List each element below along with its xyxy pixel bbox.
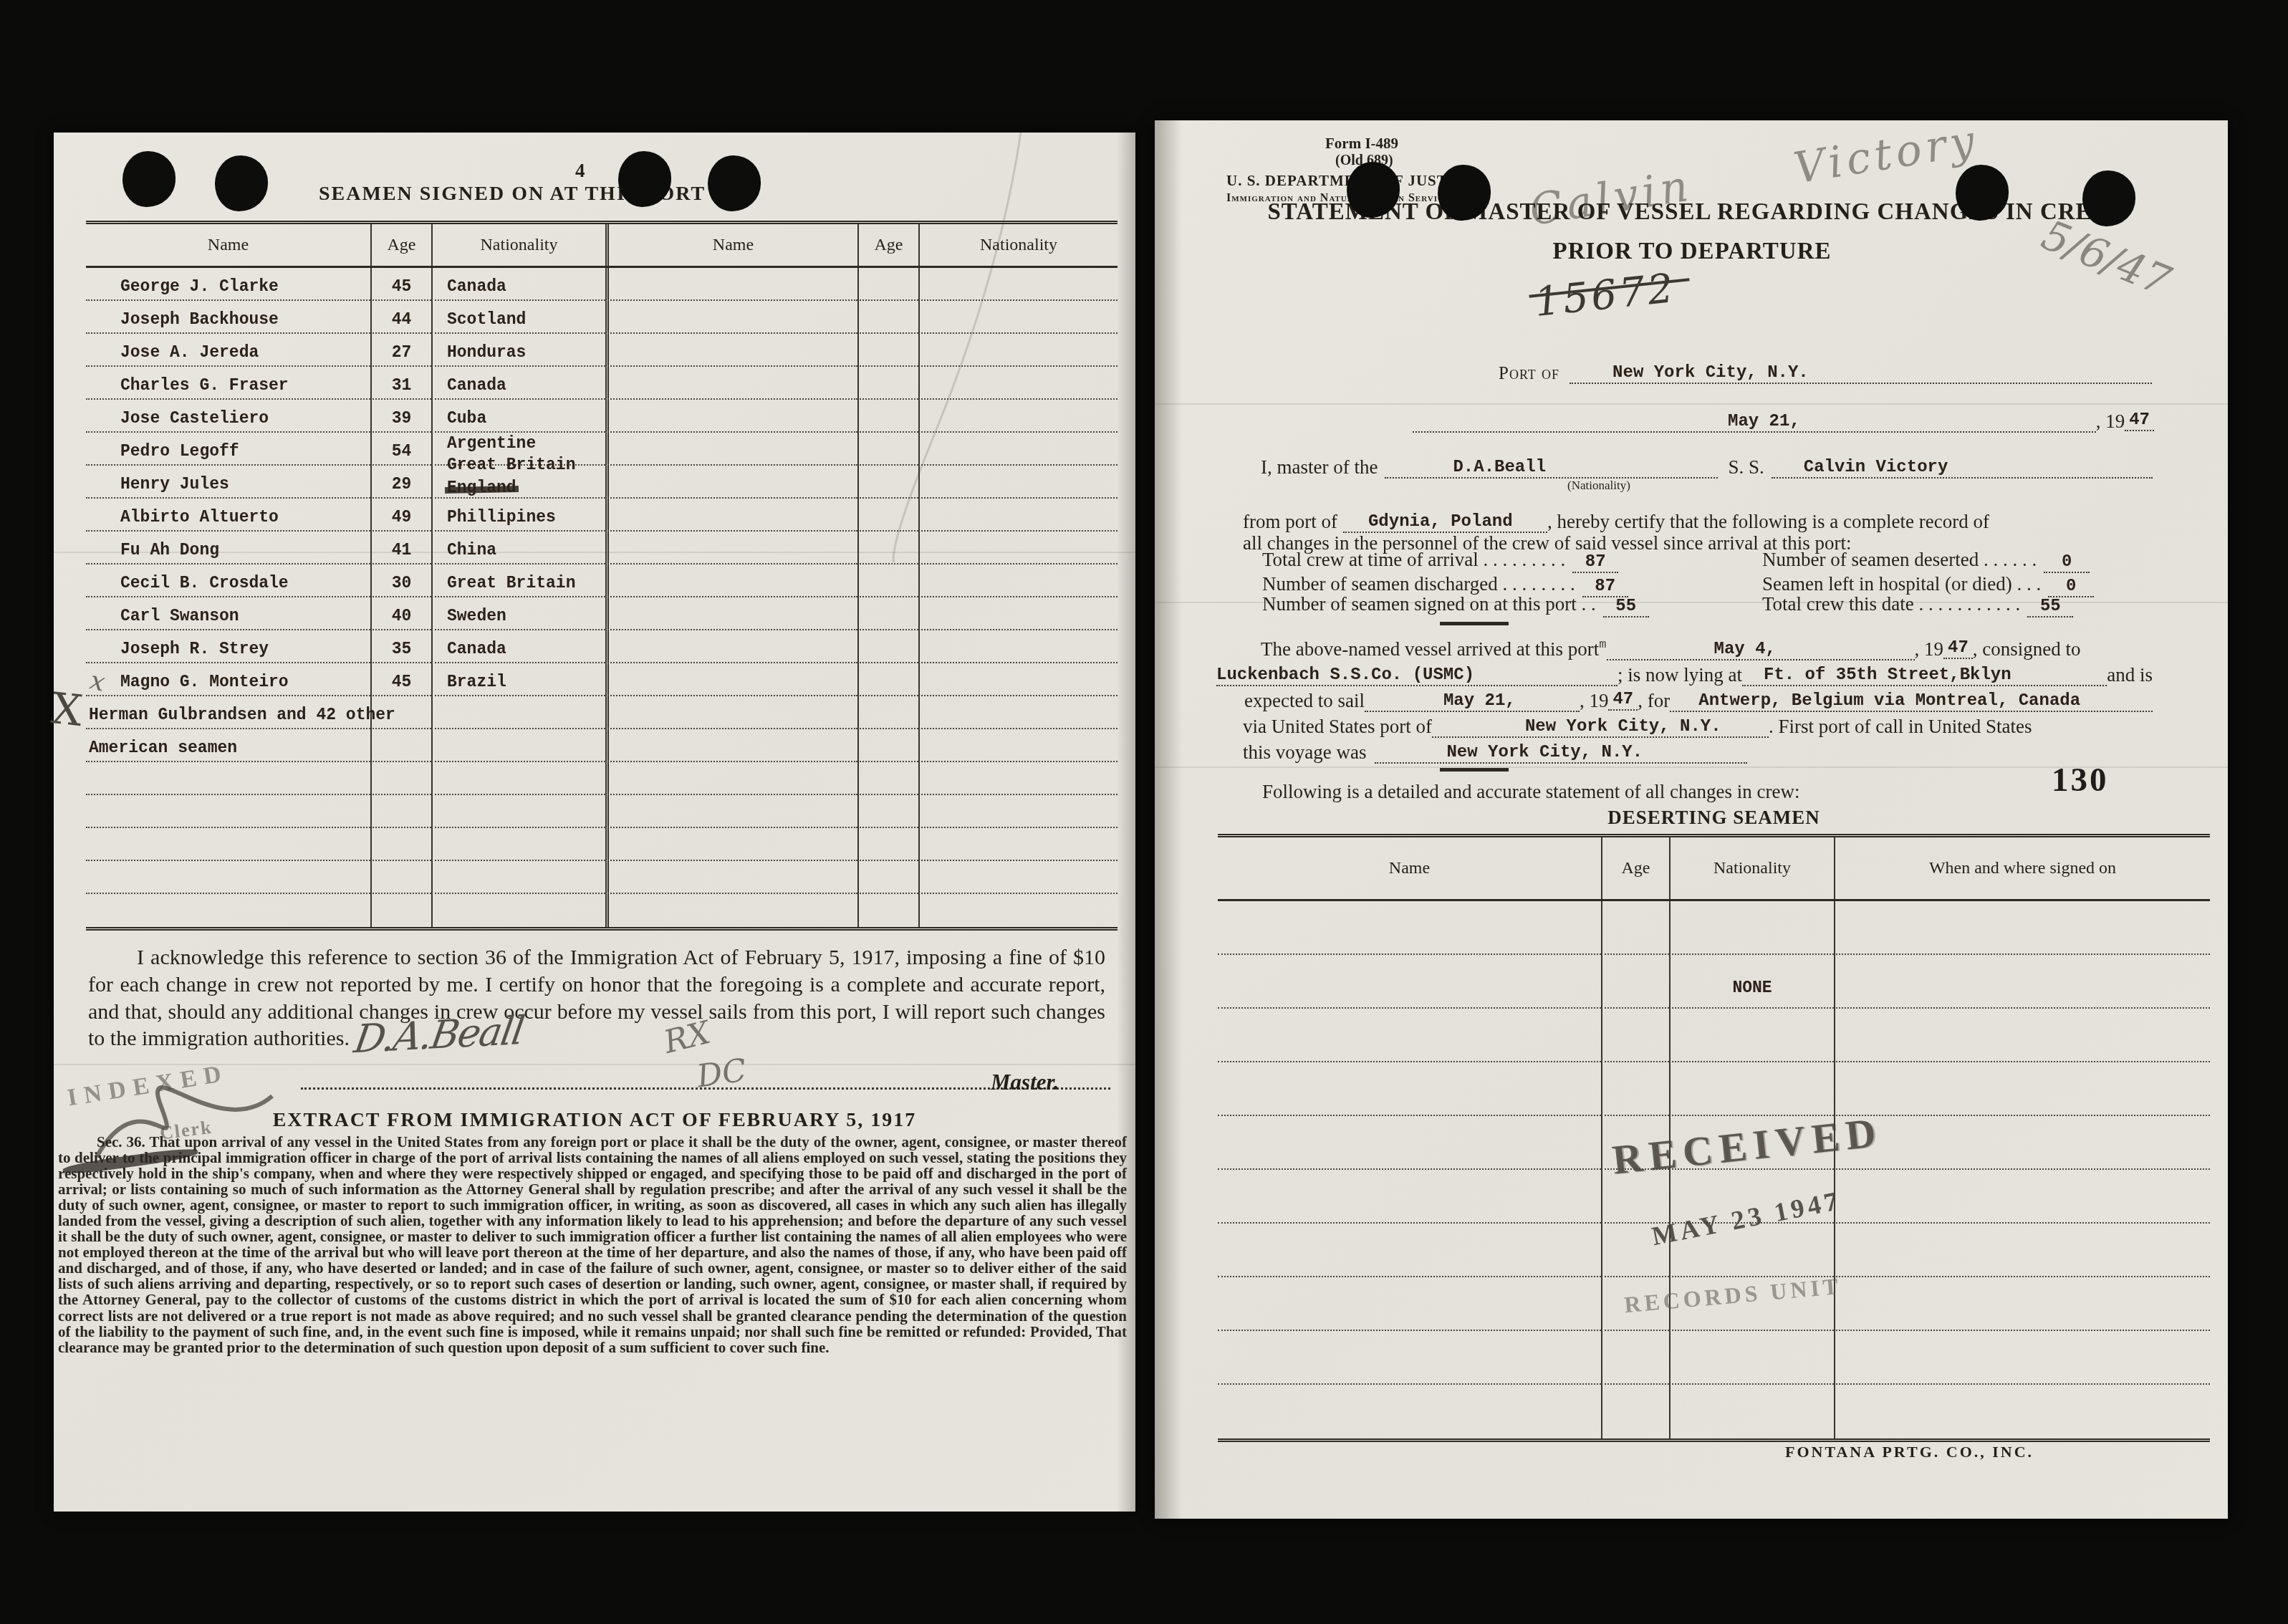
table-cell bbox=[918, 696, 1117, 729]
year-value: 47 bbox=[2125, 410, 2154, 431]
table-cell bbox=[918, 894, 1117, 927]
seaman-age: 31 bbox=[392, 376, 412, 395]
table-cell: Joseph Backhouse bbox=[86, 301, 370, 334]
arrival-date-field: May 4, bbox=[1607, 633, 1915, 660]
table-cell bbox=[918, 268, 1117, 301]
paper-crease bbox=[1155, 403, 2228, 405]
table-cell bbox=[1669, 1331, 1834, 1385]
table-cell bbox=[857, 499, 918, 532]
seaman-age: 27 bbox=[392, 343, 412, 362]
table-cell bbox=[1834, 1116, 2210, 1170]
table-cell: 45 bbox=[370, 663, 431, 696]
table-cell bbox=[1218, 1277, 1601, 1331]
table-cell bbox=[1218, 901, 1601, 955]
deserting-seamen-title: DESERTING SEAMEN bbox=[1218, 807, 2210, 829]
seaman-nationality-corrected: Great Britain bbox=[447, 456, 575, 474]
seaman-nationality: Honduras bbox=[447, 343, 526, 362]
table-cell bbox=[857, 334, 918, 367]
right-page-master-statement: Calvin Victory 5/6/47 15672 Form I-489 (… bbox=[1155, 120, 2228, 1519]
extract-title: EXTRACT FROM IMMIGRATION ACT OF FEBRUARY… bbox=[86, 1109, 1103, 1132]
port-line: Port of New York City, N.Y. bbox=[1499, 357, 2152, 384]
table-cell: Canada bbox=[431, 367, 605, 400]
table-cell bbox=[605, 301, 857, 334]
deserting-table-header: Name Age Nationality When and where sign… bbox=[1218, 834, 2210, 901]
seaman-name: George J. Clarke bbox=[120, 277, 279, 296]
handwritten-file-number: 15672 bbox=[1532, 265, 1678, 326]
seaman-age: 45 bbox=[392, 277, 412, 296]
seaman-name: Herman Gulbrandsen and 42 other bbox=[89, 706, 395, 724]
table-cell bbox=[857, 597, 918, 630]
number-stamp-130: 130 bbox=[2052, 761, 2109, 799]
sail-year: 47 bbox=[1608, 690, 1638, 711]
master-label: Master. bbox=[991, 1070, 1059, 1095]
table-cell bbox=[857, 828, 918, 861]
table-cell bbox=[1834, 1009, 2210, 1062]
table-cell: American seamen bbox=[86, 729, 370, 762]
arrival-text: , consigned to bbox=[1973, 638, 2081, 660]
location-field: Ft. of 35th Street,Bklyn bbox=[1742, 659, 2107, 686]
table-cell: Carl Swanson bbox=[86, 597, 370, 630]
destination-value: Antwerp, Belgium via Montreal, Canada bbox=[1698, 691, 2080, 711]
table-row bbox=[86, 795, 1117, 828]
seamen-table: Name Age Nationality Name Age Nationalit… bbox=[86, 221, 1117, 931]
pencil-x-mark: X bbox=[49, 683, 85, 736]
arrival-line-2: Luckenbach S.S.Co. (USMC) ; is now lying… bbox=[1216, 659, 2153, 686]
arrival-date: May 4, bbox=[1714, 640, 1776, 659]
arrival-year: 47 bbox=[1943, 638, 1973, 659]
column-header-age: Age bbox=[370, 224, 431, 266]
table-row: Pedro Legoff54ArgentineGreat Britain bbox=[86, 433, 1117, 466]
table-cell: Joseph R. Strey bbox=[86, 630, 370, 663]
table-row: Jose A. Jereda27Honduras bbox=[86, 334, 1117, 367]
stat-discharged: Number of seamen discharged . . . . . . … bbox=[1262, 573, 1628, 595]
table-cell: Pedro Legoff bbox=[86, 433, 370, 466]
table-cell bbox=[431, 861, 605, 894]
table-cell bbox=[1669, 1009, 1834, 1062]
seaman-nationality: Great Britain bbox=[447, 574, 575, 592]
printer-credit: FONTANA PRTG. CO., INC. bbox=[1785, 1443, 2034, 1461]
seamen-table-rows: George J. Clarke45CanadaJoseph Backhouse… bbox=[86, 268, 1117, 931]
seaman-nationality: Argentine bbox=[447, 434, 536, 453]
table-cell bbox=[86, 828, 370, 861]
pencil-x-mark: x bbox=[87, 666, 107, 697]
table-cell bbox=[1218, 1331, 1601, 1385]
seaman-age: 29 bbox=[392, 475, 412, 494]
table-cell bbox=[605, 367, 857, 400]
table-row: xMagno G. Monteiro45Brazil bbox=[86, 663, 1117, 696]
arrival-text: , for bbox=[1638, 690, 1670, 712]
table-cell bbox=[431, 762, 605, 795]
form-number: Form I-489 bbox=[1325, 135, 1398, 153]
seaman-age: 39 bbox=[392, 409, 412, 428]
table-cell bbox=[605, 696, 857, 729]
master-signature: D.A.Beall bbox=[351, 1008, 527, 1062]
table-cell bbox=[605, 729, 857, 762]
vessel-value: Calvin Victory bbox=[1804, 458, 1948, 477]
table-cell bbox=[1601, 1009, 1669, 1062]
seaman-age: 54 bbox=[392, 442, 412, 461]
pencil-initials: DC bbox=[695, 1052, 749, 1095]
table-row: George J. Clarke45Canada bbox=[86, 268, 1117, 301]
seamen-table-header: Name Age Nationality Name Age Nationalit… bbox=[86, 221, 1117, 268]
scanned-document: { "colors": {"paper":"#e7e4de","ink":"#2… bbox=[0, 0, 2288, 1624]
table-cell bbox=[605, 762, 857, 795]
from-port-label: from port of bbox=[1243, 511, 1337, 533]
seaman-name: Jose Casteliero bbox=[120, 409, 269, 428]
table-cell bbox=[918, 499, 1117, 532]
seaman-nationality: Canada bbox=[447, 640, 506, 658]
seaman-nationality-struck: England bbox=[447, 479, 516, 497]
table-cell bbox=[918, 564, 1117, 597]
table-cell: Sweden bbox=[431, 597, 605, 630]
table-row bbox=[1218, 1331, 2210, 1385]
consignee-value: Luckenbach S.S.Co. (USMC) bbox=[1216, 666, 1474, 685]
arrival-text: via United States port of bbox=[1243, 716, 1432, 738]
sail-date: May 21, bbox=[1443, 691, 1516, 711]
stat-hospital: Seamen left in hospital (or died) . . . … bbox=[1762, 573, 2094, 595]
table-cell bbox=[1218, 1062, 1601, 1116]
table-cell bbox=[918, 301, 1117, 334]
table-cell: 27 bbox=[370, 334, 431, 367]
table-cell bbox=[1669, 1385, 1834, 1438]
stat-signed-on: Number of seamen signed on at this port … bbox=[1262, 593, 1649, 615]
table-row bbox=[1218, 901, 2210, 955]
table-cell: Albirto Altuerto bbox=[86, 499, 370, 532]
certify-text: , hereby certify that the following is a… bbox=[1547, 511, 1989, 533]
table-cell bbox=[1218, 1385, 1601, 1438]
table-cell bbox=[605, 795, 857, 828]
table-row bbox=[86, 828, 1117, 861]
year-label: , 19 bbox=[2096, 410, 2125, 433]
table-cell: Fu Ah Dong bbox=[86, 532, 370, 564]
nationality-field: D.A.Beall bbox=[1385, 451, 1718, 479]
table-cell bbox=[1834, 1277, 2210, 1331]
table-cell bbox=[605, 828, 857, 861]
table-cell: Brazil bbox=[431, 663, 605, 696]
table-row: Jose Casteliero39Cuba bbox=[86, 400, 1117, 433]
consignee-field: Luckenbach S.S.Co. (USMC) bbox=[1216, 659, 1618, 686]
table-cell bbox=[1669, 901, 1834, 955]
seaman-nationality: Scotland bbox=[447, 310, 526, 329]
arrival-line-3: expected to sail May 21, , 19 47 , for A… bbox=[1244, 685, 2153, 712]
table-cell bbox=[86, 861, 370, 894]
table-row bbox=[86, 894, 1117, 927]
table-cell bbox=[857, 400, 918, 433]
acknowledgment-paragraph: I acknowledge this reference to section … bbox=[88, 944, 1105, 1052]
hole-punch bbox=[708, 155, 761, 211]
arrival-text: , 19 bbox=[1915, 638, 1944, 660]
table-cell bbox=[857, 795, 918, 828]
table-cell bbox=[857, 564, 918, 597]
seaman-nationality: Phillipines bbox=[447, 508, 556, 527]
table-cell: Jose Casteliero bbox=[86, 400, 370, 433]
table-row: Carl Swanson40Sweden bbox=[86, 597, 1117, 630]
table-cell: Canada bbox=[431, 268, 605, 301]
table-cell bbox=[1218, 955, 1601, 1009]
seaman-nationality: Brazil bbox=[447, 673, 506, 691]
arrival-line-5: this voyage was New York City, N.Y. bbox=[1243, 736, 1747, 764]
table-cell bbox=[1218, 1009, 1601, 1062]
column-header-age: Age bbox=[857, 224, 918, 266]
table-cell bbox=[1834, 1170, 2210, 1224]
table-cell bbox=[857, 268, 918, 301]
table-cell bbox=[1218, 1116, 1601, 1170]
table-cell bbox=[86, 894, 370, 927]
table-cell bbox=[918, 400, 1117, 433]
ss-label: S. S. bbox=[1728, 456, 1764, 479]
table-row: Fu Ah Dong41China bbox=[86, 532, 1117, 564]
seaman-age: 45 bbox=[392, 673, 412, 691]
table-cell: Jose A. Jereda bbox=[86, 334, 370, 367]
table-cell: 45 bbox=[370, 268, 431, 301]
stat-label: Total crew at time of arrival . . . . . … bbox=[1262, 549, 1565, 571]
table-cell: 49 bbox=[370, 499, 431, 532]
page-number: 4 bbox=[575, 160, 585, 182]
destination-field: Antwerp, Belgium via Montreal, Canada bbox=[1670, 685, 2153, 712]
nationality-value: D.A.Beall bbox=[1453, 458, 1546, 477]
date-line: May 21, , 19 47 bbox=[1413, 405, 2154, 433]
arrival-text: ; is now lying at bbox=[1618, 664, 1742, 686]
stat-total-crew: Total crew this date . . . . . . . . . .… bbox=[1762, 593, 2073, 615]
table-row: Charles G. Fraser31Canada bbox=[86, 367, 1117, 400]
table-row: Joseph Backhouse44Scotland bbox=[86, 301, 1117, 334]
stat-label: Number of seamen signed on at this port … bbox=[1262, 593, 1596, 615]
us-port-field: New York City, N.Y. bbox=[1432, 711, 1769, 738]
table-cell bbox=[370, 795, 431, 828]
table-cell bbox=[86, 795, 370, 828]
seaman-name: Carl Swanson bbox=[120, 607, 239, 625]
table-cell: 29 bbox=[370, 466, 431, 499]
port-value: New York City, N.Y. bbox=[1612, 363, 1809, 383]
table-cell: 31 bbox=[370, 367, 431, 400]
stat-label: Number of seamen deserted . . . . . . bbox=[1762, 549, 2037, 571]
table-cell bbox=[605, 564, 857, 597]
table-cell bbox=[605, 466, 857, 499]
table-cell bbox=[605, 861, 857, 894]
column-header-name: Name bbox=[1218, 837, 1601, 899]
arrival-text: expected to sail bbox=[1244, 690, 1365, 712]
table-cell bbox=[857, 894, 918, 927]
table-cell bbox=[857, 630, 918, 663]
table-row: NONE bbox=[1218, 955, 2210, 1009]
seaman-nationality: China bbox=[447, 541, 496, 559]
master-line: I, master of the D.A.Beall S. S. Calvin … bbox=[1261, 451, 2153, 479]
table-cell bbox=[1601, 1331, 1669, 1385]
table-cell: xMagno G. Monteiro bbox=[86, 663, 370, 696]
arrival-text: and is bbox=[2107, 664, 2153, 686]
table-cell bbox=[1601, 901, 1669, 955]
table-cell: Canada bbox=[431, 630, 605, 663]
table-cell bbox=[605, 268, 857, 301]
table-cell bbox=[1834, 1224, 2210, 1277]
table-cell: Charles G. Fraser bbox=[86, 367, 370, 400]
table-cell bbox=[605, 433, 857, 466]
table-cell: 41 bbox=[370, 532, 431, 564]
section-divider bbox=[1440, 768, 1509, 772]
table-cell bbox=[918, 532, 1117, 564]
table-cell bbox=[918, 334, 1117, 367]
seaman-age: 49 bbox=[392, 508, 412, 527]
table-cell: Henry Jules bbox=[86, 466, 370, 499]
arrival-text: , 19 bbox=[1580, 690, 1609, 712]
table-cell bbox=[857, 696, 918, 729]
seaman-nationality: Canada bbox=[447, 277, 506, 296]
column-header-nationality: Nationality bbox=[431, 224, 605, 266]
table-cell bbox=[918, 367, 1117, 400]
seaman-name: Charles G. Fraser bbox=[120, 376, 289, 395]
column-header-age: Age bbox=[1601, 837, 1669, 899]
stray-type-mark: m bbox=[1599, 638, 1606, 652]
table-cell bbox=[857, 663, 918, 696]
seaman-name: Albirto Altuerto bbox=[120, 508, 279, 527]
table-cell: Great Britain bbox=[431, 564, 605, 597]
location-value: Ft. of 35th Street,Bklyn bbox=[1764, 666, 2011, 685]
table-cell: Cecil B. Crosdale bbox=[86, 564, 370, 597]
table-cell bbox=[605, 400, 857, 433]
table-cell bbox=[431, 828, 605, 861]
vessel-field: Calvin Victory bbox=[1772, 451, 2153, 479]
stat-value: 55 bbox=[1603, 597, 1649, 618]
arrival-text: this voyage was bbox=[1243, 741, 1366, 764]
nationality-caption: (Nationality) bbox=[1491, 479, 1706, 493]
first-port-field: New York City, N.Y. bbox=[1375, 736, 1747, 764]
stat-arrival-crew: Total crew at time of arrival . . . . . … bbox=[1262, 549, 1618, 571]
arrival-line-4: via United States port of New York City,… bbox=[1243, 711, 2153, 738]
seaman-name: Fu Ah Dong bbox=[120, 541, 219, 559]
seaman-age: 40 bbox=[392, 607, 412, 625]
sail-date-field: May 21, bbox=[1365, 685, 1580, 712]
stat-value: 0 bbox=[2044, 552, 2090, 573]
table-cell: Scotland bbox=[431, 301, 605, 334]
table-cell bbox=[918, 433, 1117, 466]
table-cell bbox=[431, 894, 605, 927]
table-cell bbox=[918, 597, 1117, 630]
table-cell bbox=[605, 334, 857, 367]
stat-value: 55 bbox=[2027, 597, 2073, 618]
date-field: May 21, bbox=[1413, 405, 2096, 433]
seaman-age: 30 bbox=[392, 574, 412, 592]
table-cell: XHerman Gulbrandsen and 42 other bbox=[86, 696, 370, 729]
us-port-value: New York City, N.Y. bbox=[1525, 717, 1721, 736]
table-cell bbox=[370, 762, 431, 795]
table-cell bbox=[1834, 901, 2210, 955]
port-field: New York City, N.Y. bbox=[1570, 357, 2152, 384]
seaman-nationality: Canada bbox=[447, 376, 506, 395]
table-cell bbox=[431, 795, 605, 828]
table-cell bbox=[1601, 955, 1669, 1009]
table-cell bbox=[370, 861, 431, 894]
table-cell: 39 bbox=[370, 400, 431, 433]
arrival-text: The above-named vessel arrived at this p… bbox=[1261, 638, 1599, 660]
table-row: Cecil B. Crosdale30Great Britain bbox=[86, 564, 1117, 597]
table-cell bbox=[918, 762, 1117, 795]
table-cell bbox=[918, 861, 1117, 894]
port-label: Port of bbox=[1499, 364, 1559, 384]
table-cell bbox=[918, 729, 1117, 762]
table-cell bbox=[431, 729, 605, 762]
stat-deserted: Number of seamen deserted . . . . . . 0 bbox=[1762, 549, 2090, 571]
table-cell: China bbox=[431, 532, 605, 564]
table-row: Albirto Altuerto49Phillipines bbox=[86, 499, 1117, 532]
following-statement: Following is a detailed and accurate sta… bbox=[1262, 781, 1799, 803]
table-cell bbox=[605, 894, 857, 927]
table-row: XHerman Gulbrandsen and 42 other bbox=[86, 696, 1117, 729]
table-cell: George J. Clarke bbox=[86, 268, 370, 301]
hole-punch bbox=[215, 155, 268, 211]
table-row bbox=[86, 762, 1117, 795]
date-value: May 21, bbox=[1728, 412, 1800, 431]
table-cell bbox=[1834, 1331, 2210, 1385]
table-cell bbox=[370, 828, 431, 861]
table-cell bbox=[1834, 1062, 2210, 1116]
table-cell bbox=[857, 367, 918, 400]
hole-punch bbox=[122, 151, 176, 207]
table-cell bbox=[857, 762, 918, 795]
table-row bbox=[1218, 1385, 2210, 1438]
table-cell bbox=[1218, 1170, 1601, 1224]
table-cell bbox=[605, 630, 857, 663]
table-cell: 54 bbox=[370, 433, 431, 466]
seaman-age: 44 bbox=[392, 310, 412, 329]
seaman-name: Joseph R. Strey bbox=[120, 640, 269, 658]
seaman-age: 35 bbox=[392, 640, 412, 658]
from-port-field: Gdynia, Poland bbox=[1343, 506, 1547, 533]
seaman-name: Pedro Legoff bbox=[120, 442, 239, 461]
arrival-text: . First port of call in United States bbox=[1769, 716, 2032, 738]
table-cell bbox=[605, 597, 857, 630]
table-cell bbox=[431, 696, 605, 729]
from-port-line: from port of Gdynia, Poland , hereby cer… bbox=[1243, 506, 2154, 533]
table-cell bbox=[370, 894, 431, 927]
left-page-seamen-signed: 4 SEAMEN SIGNED ON AT THIS PORT Name Age… bbox=[54, 133, 1135, 1512]
table-cell bbox=[918, 663, 1117, 696]
table-row: Henry Jules29England bbox=[86, 466, 1117, 499]
table-cell bbox=[918, 828, 1117, 861]
column-header-nationality: Nationality bbox=[1669, 837, 1834, 899]
seaman-name: Henry Jules bbox=[120, 475, 229, 494]
section-divider bbox=[1440, 622, 1509, 625]
table-cell bbox=[857, 466, 918, 499]
table-cell bbox=[918, 795, 1117, 828]
table-cell: 40 bbox=[370, 597, 431, 630]
master-pre: I, master of the bbox=[1261, 456, 1378, 479]
stat-label: Number of seamen discharged . . . . . . … bbox=[1262, 573, 1575, 595]
table-cell: 30 bbox=[370, 564, 431, 597]
arrival-line-1: The above-named vessel arrived at this p… bbox=[1261, 633, 2153, 660]
table-cell: NONE bbox=[1669, 955, 1834, 1009]
table-cell bbox=[857, 532, 918, 564]
none-entry: NONE bbox=[1732, 979, 1772, 997]
column-header-signed-on: When and where signed on bbox=[1834, 837, 2210, 899]
seaman-nationality: Sweden bbox=[447, 607, 506, 625]
seaman-name: Cecil B. Crosdale bbox=[120, 574, 289, 592]
table-cell bbox=[1669, 1062, 1834, 1116]
table-cell: 44 bbox=[370, 301, 431, 334]
table-cell bbox=[857, 301, 918, 334]
table-row bbox=[86, 861, 1117, 894]
stat-label: Seamen left in hospital (or died) . . . bbox=[1762, 573, 2041, 595]
column-header-name: Name bbox=[86, 224, 370, 266]
table-cell: Cuba bbox=[431, 400, 605, 433]
table-cell bbox=[605, 532, 857, 564]
table-cell bbox=[1834, 955, 2210, 1009]
table-cell bbox=[857, 729, 918, 762]
stat-label: Total crew this date . . . . . . . . . .… bbox=[1762, 593, 2020, 615]
table-cell bbox=[370, 729, 431, 762]
table-cell bbox=[1834, 1385, 2210, 1438]
extract-body: Sec. 36. That upon arrival of any vessel… bbox=[58, 1134, 1127, 1355]
table-cell bbox=[605, 499, 857, 532]
